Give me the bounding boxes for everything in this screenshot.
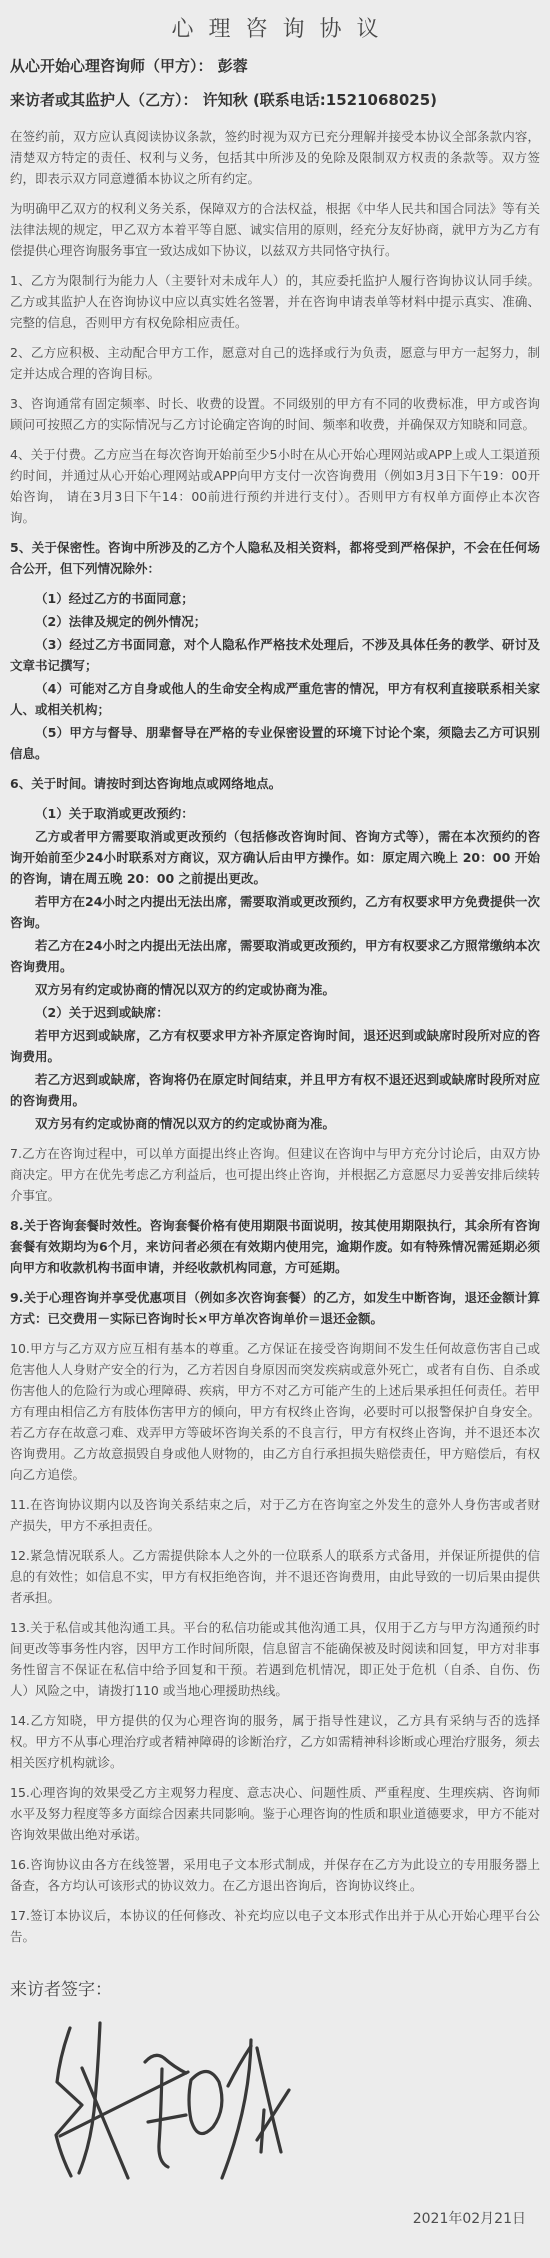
visitor-signature-label: 来访者签字： bbox=[10, 1975, 540, 2000]
handwritten-signature bbox=[48, 2016, 298, 2186]
page-title: 心理咨询协议 bbox=[10, 12, 540, 43]
party-b-line: 来访者或其监护人（乙方）： 许知秋 (联系电话:1521068025) bbox=[10, 91, 540, 111]
agreement-paragraph: 15.心理咨询的效果受乙方主观努力程度、意志决心、问题性质、严重程度、生理疾病、… bbox=[10, 1782, 540, 1845]
paragraph-list: 在签约前，双方应认真阅读协议条款，签约时视为双方已充分理解并接受本协议全部条款内… bbox=[10, 126, 540, 1947]
agreement-paragraph: 6、关于时间。请按时到达咨询地点或网络地点。 bbox=[10, 773, 540, 794]
agreement-paragraph: 10.甲方与乙方双方应互相有基本的尊重。乙方保证在接受咨询期间不发生任何故意伤害… bbox=[10, 1338, 540, 1485]
agreement-paragraph: 14.乙方知晓，甲方提供的仅为心理咨询的服务，属于指导性建议，乙方具有采纳与否的… bbox=[10, 1710, 540, 1773]
agreement-page: 心理咨询协议 从心开始心理咨询师（甲方）： 彭蓉 来访者或其监护人（乙方）： 许… bbox=[0, 0, 550, 2258]
agreement-paragraph: （1）经过乙方的书面同意； bbox=[10, 588, 540, 609]
agreement-paragraph: （3）经过乙方书面同意，对个人隐私作严格技术处理后，不涉及具体任务的教学、研讨及… bbox=[10, 634, 540, 676]
agreement-paragraph: 11.在咨询协议期内以及咨询关系结束之后，对于乙方在咨询室之外发生的意外人身伤害… bbox=[10, 1494, 540, 1536]
agreement-paragraph: 若甲方在24小时之内提出无法出席，需要取消或更改预约，乙方有权要求甲方免费提供一… bbox=[10, 891, 540, 933]
party-a-line: 从心开始心理咨询师（甲方）： 彭蓉 bbox=[10, 57, 540, 77]
agreement-paragraph: 若乙方迟到或缺席，咨询将仍在原定时间结束，并且甲方有权不退还迟到或缺席时段所对应… bbox=[10, 1069, 540, 1111]
signature-strokes-icon bbox=[48, 2016, 298, 2186]
agreement-paragraph: 2、乙方应积极、主动配合甲方工作，愿意对自己的选择或行为负责，愿意与甲方一起努力… bbox=[10, 342, 540, 384]
agreement-paragraph: （5）甲方与督导、朋辈督导在严格的专业保密设置的环境下讨论个案，须隐去乙方可识别… bbox=[10, 722, 540, 764]
agreement-paragraph: 7.乙方在咨询过程中，可以单方面提出终止咨询。但建议在咨询中与甲方充分讨论后，由… bbox=[10, 1143, 540, 1206]
agreement-paragraph: 3、咨询通常有固定频率、时长、收费的设置。不同级别的甲方有不同的收费标准，甲方或… bbox=[10, 393, 540, 435]
agreement-paragraph: 双方另有约定或协商的情况以双方的约定或协商为准。 bbox=[10, 979, 540, 1000]
agreement-paragraph: 17.签订本协议后，本协议的任何修改、补充均应以电子文本形式作出并于从心开始心理… bbox=[10, 1905, 540, 1947]
agreement-paragraph: （2）法律及规定的例外情况； bbox=[10, 611, 540, 632]
agreement-paragraph: 双方另有约定或协商的情况以双方的约定或协商为准。 bbox=[10, 1113, 540, 1134]
agreement-paragraph: 乙方或者甲方需要取消或更改预约（包括修改咨询时间、咨询方式等），需在本次预约的咨… bbox=[10, 826, 540, 889]
agreement-paragraph: 9.关于心理咨询并享受优惠项目（例如多次咨询套餐）的乙方，如发生中断咨询，退还金… bbox=[10, 1287, 540, 1329]
agreement-paragraph: 若乙方在24小时之内提出无法出席，需要取消或更改预约，甲方有权要求乙方照常缴纳本… bbox=[10, 935, 540, 977]
agreement-paragraph: 16.咨询协议由各方在线签署，采用电子文本形式制成，并保存在乙方为此设立的专用服… bbox=[10, 1854, 540, 1896]
agreement-paragraph: 8.关于咨询套餐时效性。咨询套餐价格有使用期限书面说明，按其使用期限执行，其余所… bbox=[10, 1215, 540, 1278]
agreement-paragraph: （1）关于取消或更改预约： bbox=[10, 803, 540, 824]
agreement-paragraph: （2）关于迟到或缺席： bbox=[10, 1002, 540, 1023]
agreement-paragraph: （4）可能对乙方自身或他人的生命安全构成严重危害的情况，甲方有权利直接联系相关家… bbox=[10, 678, 540, 720]
agreement-paragraph: 4、关于付费。乙方应当在每次咨询开始前至少5小时在从心开始心理网站或APP上或人… bbox=[10, 444, 540, 528]
agreement-paragraph: 13.关于私信或其他沟通工具。平台的私信功能或其他沟通工具，仅用于乙方与甲方沟通… bbox=[10, 1617, 540, 1701]
agreement-paragraph: 若甲方迟到或缺席，乙方有权要求甲方补齐原定咨询时间，退还迟到或缺席时段所对应的咨… bbox=[10, 1025, 540, 1067]
agreement-paragraph: 5、关于保密性。咨询中所涉及的乙方个人隐私及相关资料，都将受到严格保护，不会在任… bbox=[10, 537, 540, 579]
agreement-paragraph: 12.紧急情况联系人。乙方需提供除本人之外的一位联系人的联系方式备用，并保证所提… bbox=[10, 1545, 540, 1608]
agreement-paragraph: 在签约前，双方应认真阅读协议条款，签约时视为双方已充分理解并接受本协议全部条款内… bbox=[10, 126, 540, 189]
agreement-paragraph: 为明确甲乙双方的权利义务关系，保障双方的合法权益，根据《中华人民共和国合同法》等… bbox=[10, 198, 540, 261]
agreement-paragraph: 1、乙方为限制行为能力人（主要针对未成年人）的，其应委托监护人履行咨询协议认同手… bbox=[10, 270, 540, 333]
signature-date: 2021年02月21日 bbox=[10, 2208, 540, 2228]
